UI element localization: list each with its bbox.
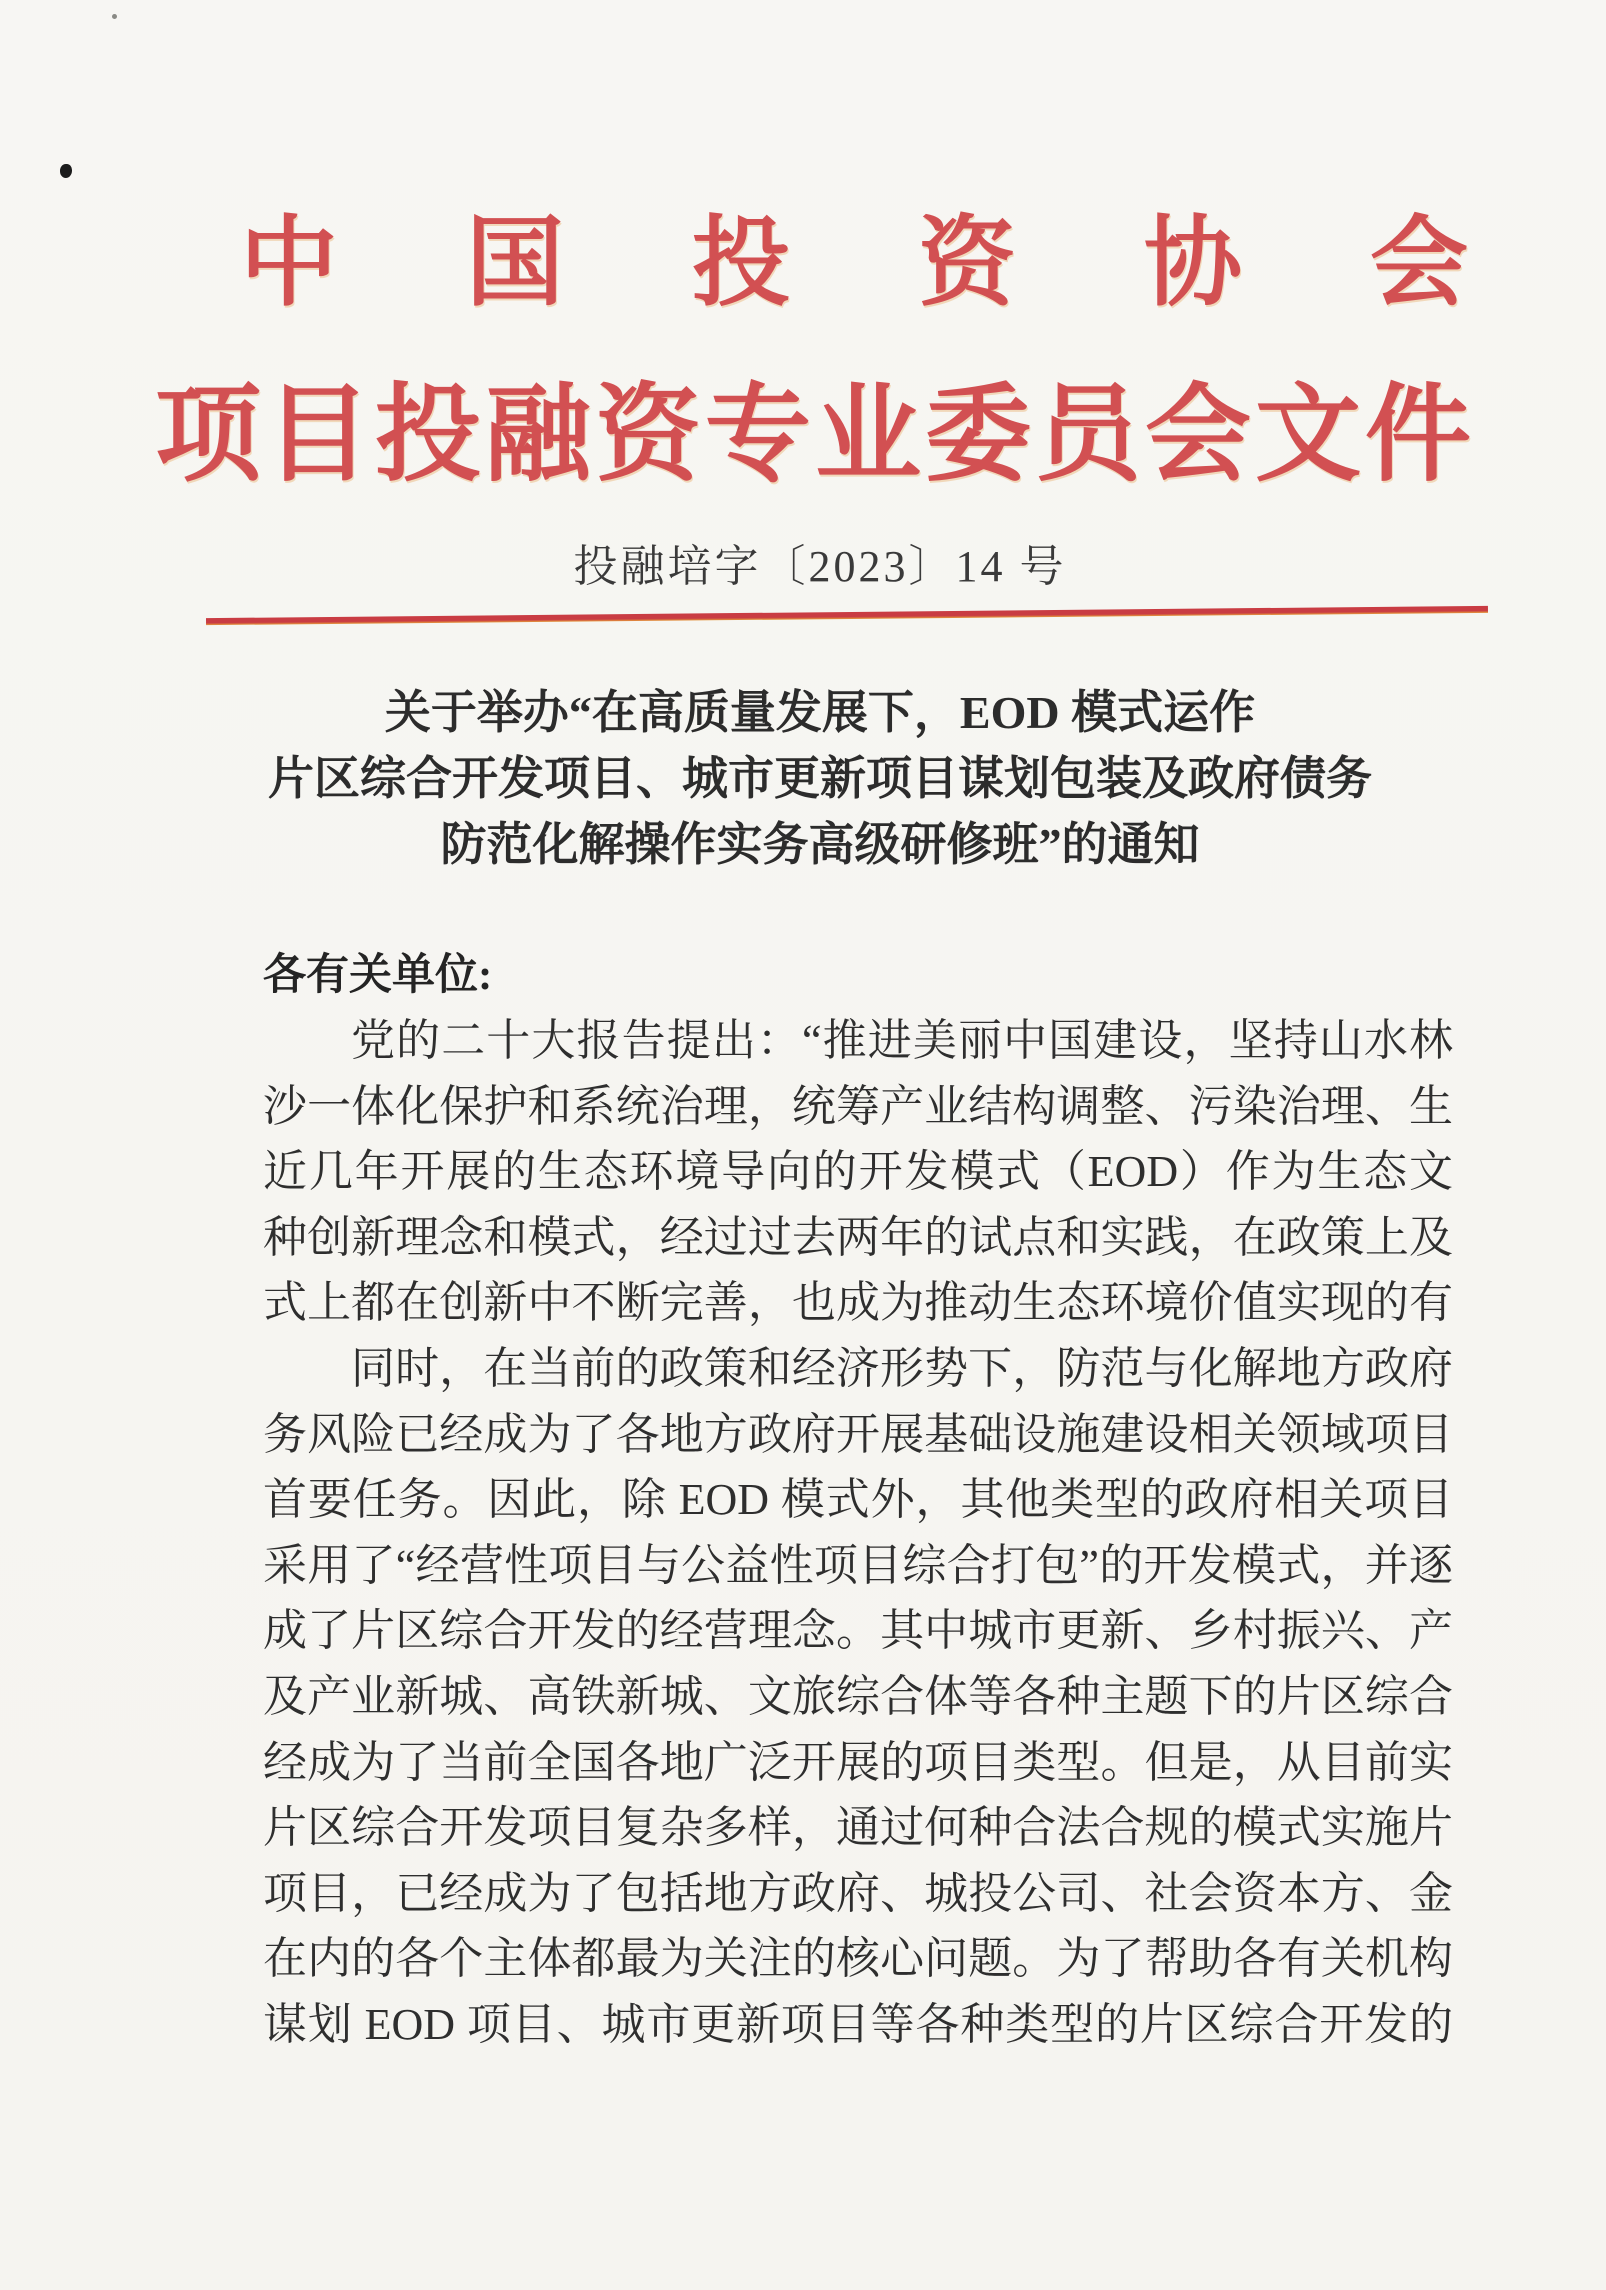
notice-title-line3: 防范化解操作实务高级研修班”的通知 <box>10 812 1606 878</box>
body-line: 及产业新城、高铁新城、文旅综合体等各种主题下的片区综合开发已 <box>263 1664 1453 1730</box>
notice-title-line1: 关于举办“在高质量发展下，EOD 模式运作 <box>10 680 1606 746</box>
body-line: 成了片区综合开发的经营理念。其中城市更新、乡村振兴、产业园区 <box>263 1598 1453 1664</box>
body-line: 沙一体化保护和系统治理，统筹产业结构调整、污染治理、生态保护”。 <box>263 1074 1453 1140</box>
body-line: 近几年开展的生态环境导向的开发模式（EOD）作为生态文明建设一 <box>263 1139 1453 1205</box>
body-line: 式上都在创新中不断完善，也成为推动生态环境价值实现的有效路径。 <box>263 1270 1453 1336</box>
document-number: 投融培字〔2023〕14 号 <box>0 540 1606 594</box>
red-divider-rule <box>206 606 1488 625</box>
body-line: 采用了“经营性项目与公益性项目综合打包”的开发模式，并逐步形 <box>263 1533 1453 1599</box>
org-title-line1: 中国投资协会 <box>240 212 1596 312</box>
body-line: 谋划 EOD 项目、城市更新项目等各种类型的片区综合开发的质量， <box>263 1992 1453 2058</box>
org-title-line2: 项目投融资专业委员会文件 <box>155 380 1475 490</box>
scan-speck-icon <box>112 14 117 19</box>
body-line: 同时，在当前的政策和经济形势下，防范与化解地方政府隐性债 <box>263 1336 1453 1402</box>
notice-title: 关于举办“在高质量发展下，EOD 模式运作 片区综合开发项目、城市更新项目谋划包… <box>10 680 1606 878</box>
notice-title-line2: 片区综合开发项目、城市更新项目谋划包装及政府债务 <box>10 746 1606 812</box>
body-line: 党的二十大报告提出：“推进美丽中国建设，坚持山水林田湖草 <box>263 1008 1453 1074</box>
body-line: 务风险已经成为了各地方政府开展基础设施建设相关领域项目时的 <box>263 1402 1453 1468</box>
body-line: 项目，已经成为了包括地方政府、城投公司、社会资本方、金融机构 <box>263 1861 1453 1927</box>
salutation: 各有关单位: <box>263 952 492 1000</box>
body-line: 片区综合开发项目复杂多样，通过何种合法合规的模式实施片区开发 <box>263 1795 1453 1861</box>
body-line: 经成为了当前全国各地广泛开展的项目类型。但是，从目前实践看， <box>263 1730 1453 1796</box>
body-line: 在内的各个主体都最为关注的核心问题。为了帮助各有关机构提高 <box>263 1926 1453 1992</box>
body-line: 首要任务。因此，除 EOD 模式外，其他类型的政府相关项目也几乎都 <box>263 1467 1453 1533</box>
scanned-document-page: 中国投资协会 项目投融资专业委员会文件 投融培字〔2023〕14 号 关于举办“… <box>0 0 1606 2290</box>
body-line: 种创新理念和模式，经过过去两年的试点和实践，在政策上及操作模 <box>263 1205 1453 1271</box>
body-text-block: 党的二十大报告提出：“推进美丽中国建设，坚持山水林田湖草 沙一体化保护和系统治理… <box>263 1008 1453 2058</box>
scan-speck-icon <box>60 164 72 178</box>
